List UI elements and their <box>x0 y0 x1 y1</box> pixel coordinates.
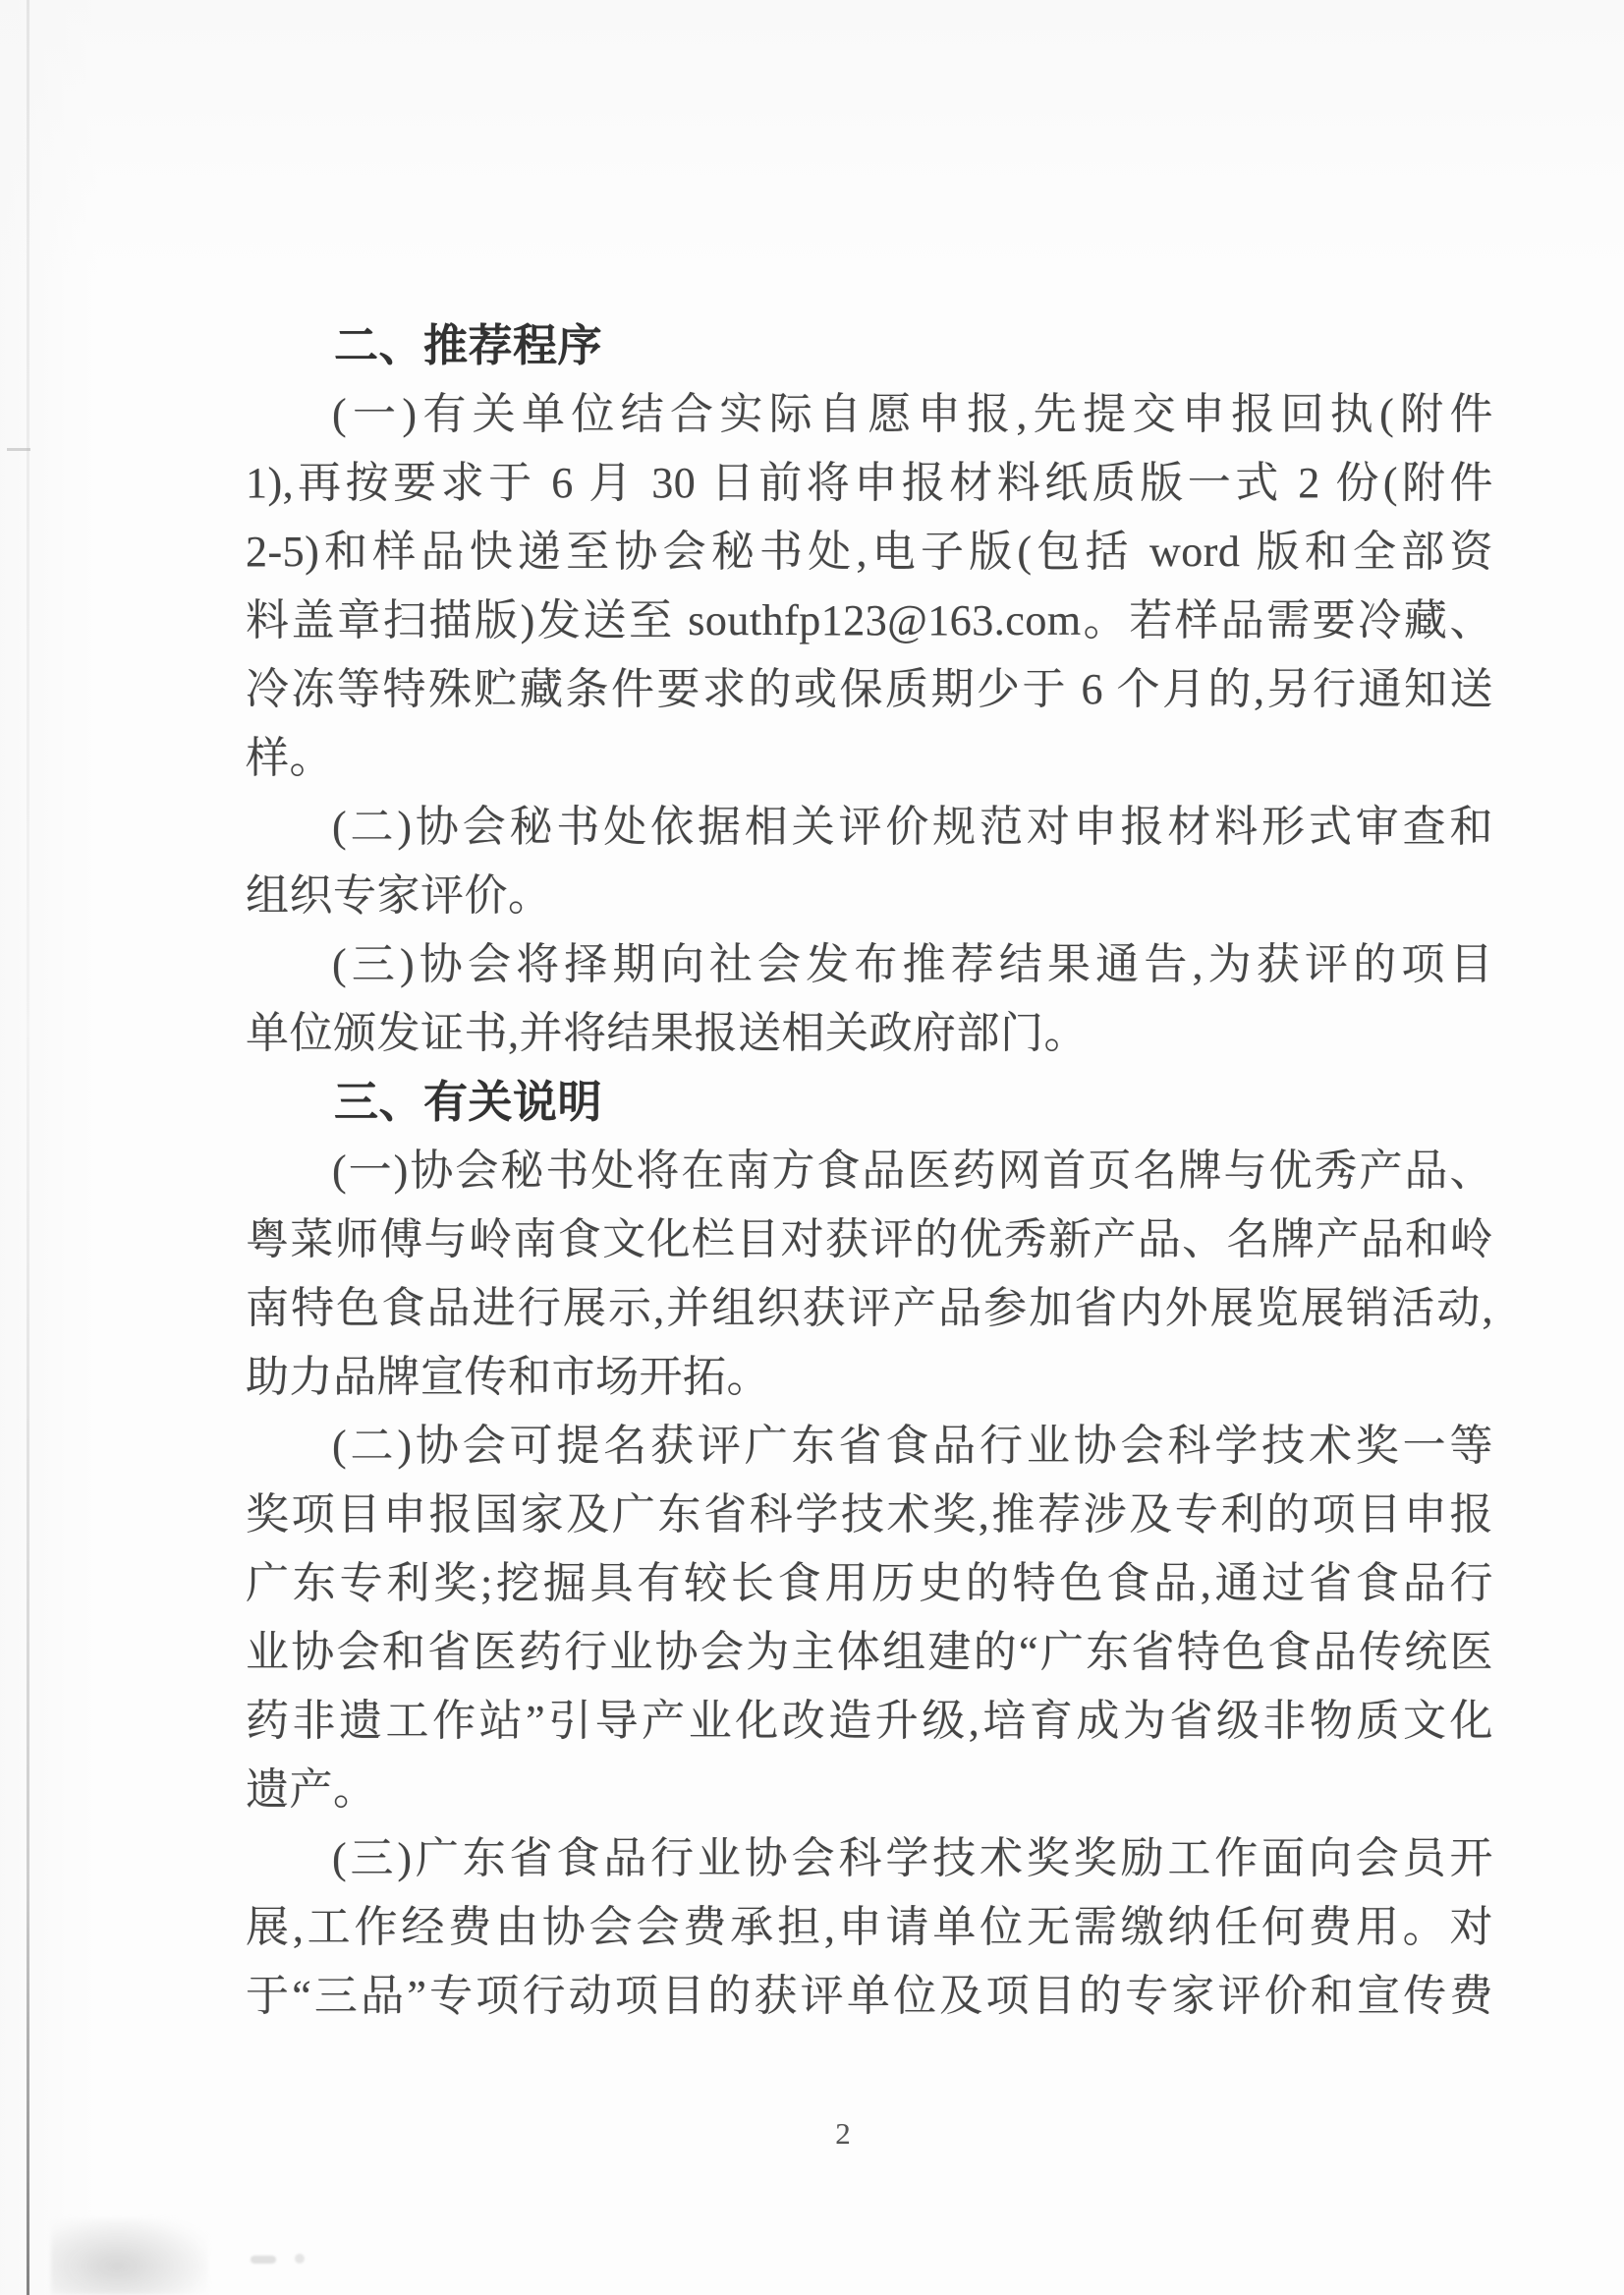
text-line-email: 料盖章扫描版)发送至 southfp123@163.com。若样品需要冷藏、 <box>246 587 1493 655</box>
text-line: 奖项目申报国家及广东省科学技术奖,推荐涉及专利的项目申报 <box>246 1481 1493 1549</box>
text-line: (二)协会可提名获评广东省食品行业协会科学技术奖一等 <box>246 1412 1493 1481</box>
text-line: 助力品牌宣传和市场开拓。 <box>246 1343 1493 1412</box>
text-line: 展,工作经费由协会会费承担,申请单位无需缴纳任何费用。对 <box>246 1893 1493 1962</box>
scan-edge-line <box>27 0 29 2295</box>
document-content: 二、推荐程序 (一)有关单位结合实际自愿申报,先提交申报回执(附件 1),再按要… <box>246 311 1493 2031</box>
text-line: 遗产。 <box>246 1756 1493 1824</box>
scan-speck <box>295 2254 305 2264</box>
text-line: 于“三品”专项行动项目的获评单位及项目的专家评价和宣传费 <box>246 1962 1493 2031</box>
text-line: 药非遗工作站”引导产业化改造升级,培育成为省级非物质文化 <box>246 1687 1493 1756</box>
text-line: 单位颁发证书,并将结果报送相关政府部门。 <box>246 999 1493 1068</box>
text-line: (一)协会秘书处将在南方食品医药网首页名牌与优秀产品、 <box>246 1137 1493 1205</box>
text-line: (三)协会将择期向社会发布推荐结果通告,为获评的项目 <box>246 930 1493 999</box>
text-line: 粤菜师傅与岭南食文化栏目对获评的优秀新产品、名牌产品和岭 <box>246 1205 1493 1274</box>
scan-speck <box>251 2256 276 2264</box>
text-line: 广东专利奖;挖掘具有较长食用历史的特色食品,通过省食品行 <box>246 1549 1493 1618</box>
text-line: 样。 <box>246 724 1493 793</box>
text-line: 冷冻等特殊贮藏条件要求的或保质期少于 6 个月的,另行通知送 <box>246 655 1493 724</box>
text-line: 业协会和省医药行业协会为主体组建的“广东省特色食品传统医 <box>246 1618 1493 1687</box>
text-line: 南特色食品进行展示,并组织获评产品参加省内外展览展销活动, <box>246 1274 1493 1343</box>
text-line: 2-5)和样品快递至协会秘书处,电子版(包括 word 版和全部资 <box>246 518 1493 587</box>
page-number: 2 <box>835 2114 851 2154</box>
text-line: 组织专家评价。 <box>246 862 1493 930</box>
scan-smudge-bottom-left <box>51 2218 208 2295</box>
section-heading-related-notes: 三、有关说明 <box>246 1068 1493 1137</box>
text-line: (一)有关单位结合实际自愿申报,先提交申报回执(附件 <box>246 380 1493 449</box>
text-line: 1),再按要求于 6 月 30 日前将申报材料纸质版一式 2 份(附件 <box>246 449 1493 518</box>
section-heading-recommendation-procedure: 二、推荐程序 <box>246 311 1493 380</box>
text-line: (二)协会秘书处依据相关评价规范对申报材料形式审查和 <box>246 793 1493 862</box>
text-line: (三)广东省食品行业协会科学技术奖奖励工作面向会员开 <box>246 1824 1493 1893</box>
scan-edge-tick <box>7 448 30 451</box>
